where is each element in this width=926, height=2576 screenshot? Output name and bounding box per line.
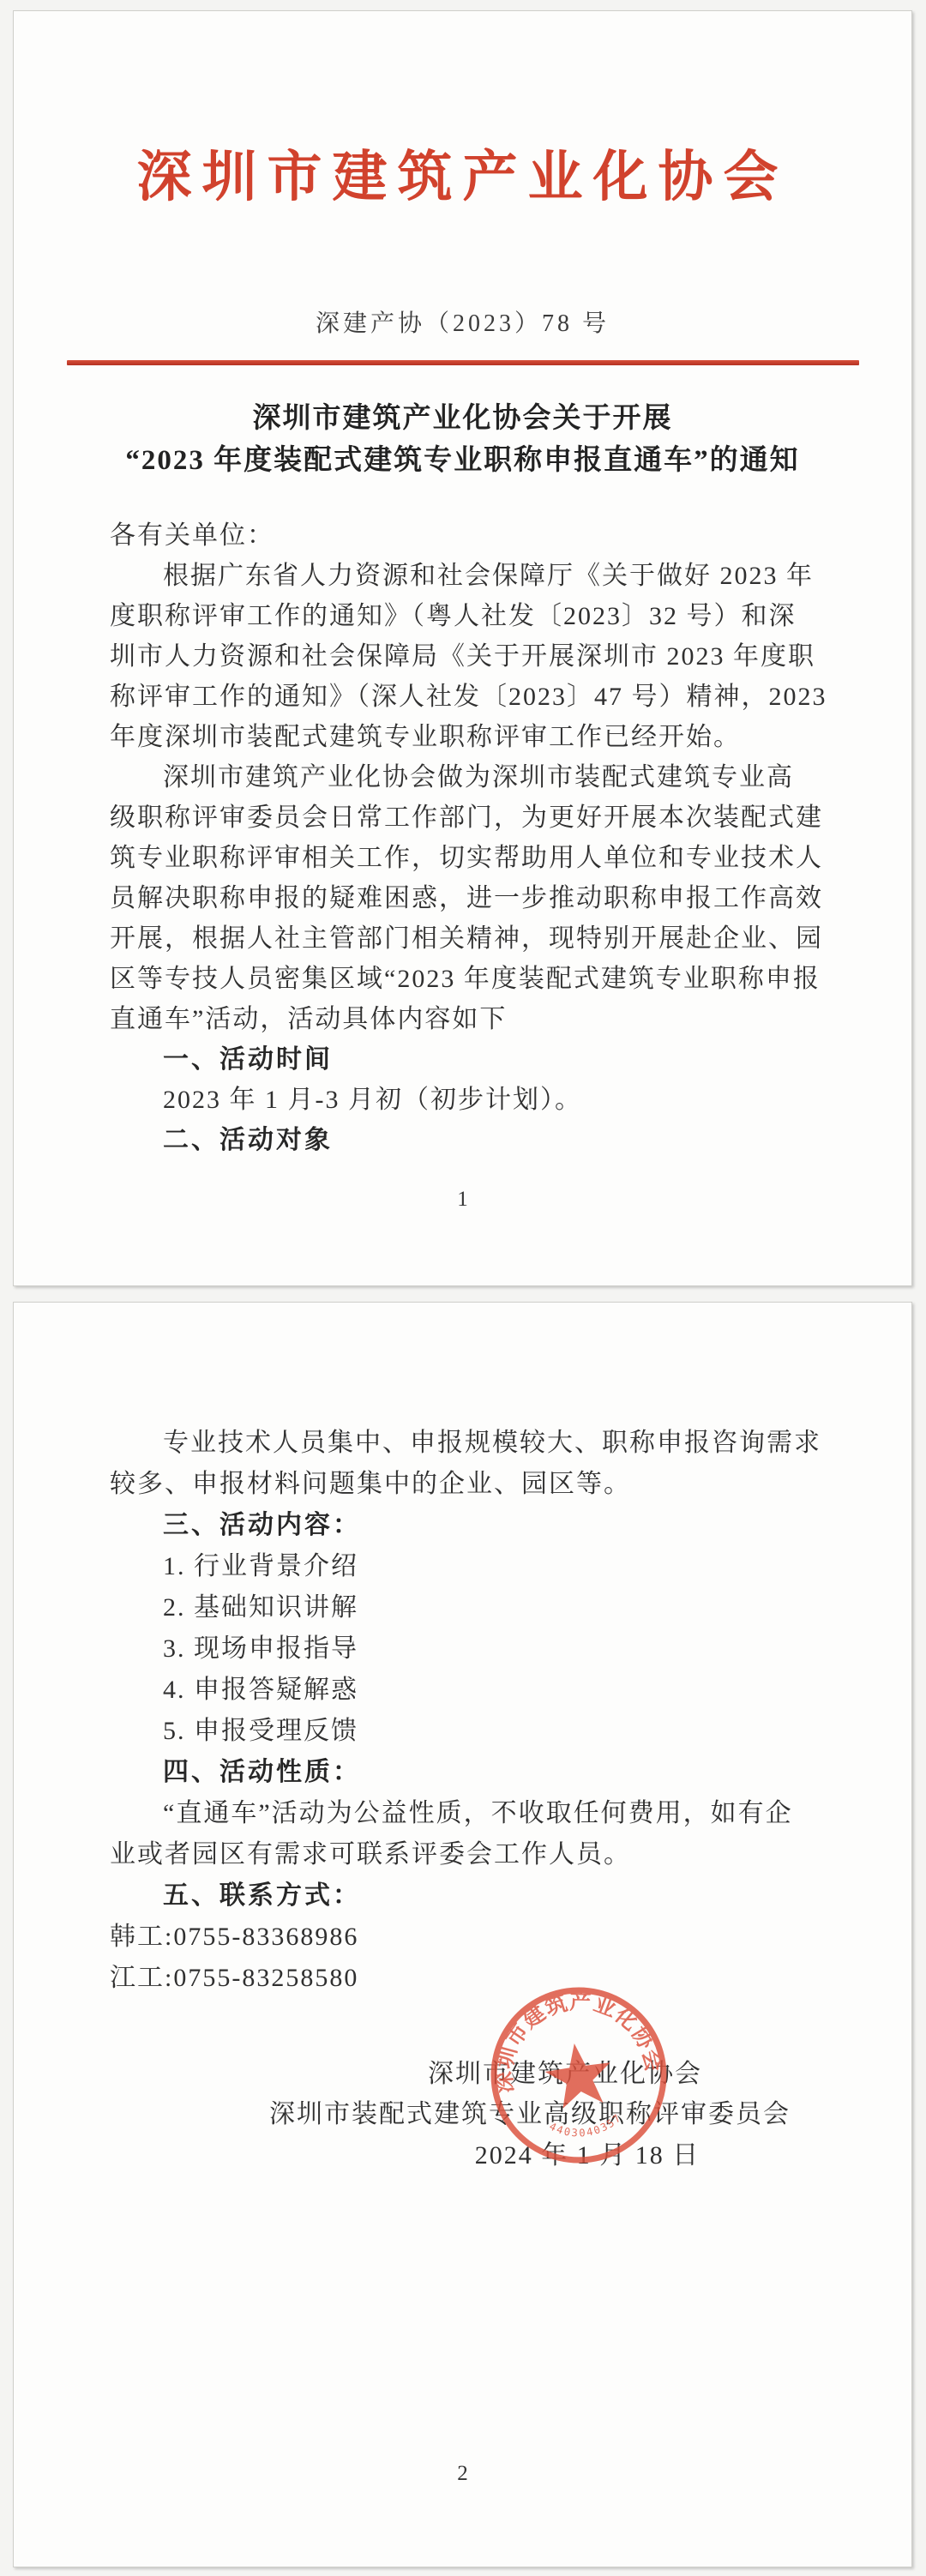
- text-line: 4. 申报答疑解惑: [110, 1670, 816, 1711]
- text-line: 二、活动对象: [110, 1120, 816, 1160]
- text-line: 称评审工作的通知》（深人社发〔2023〕47 号）精神，2023: [110, 677, 816, 717]
- text-line: 2. 基础知识讲解: [110, 1587, 816, 1628]
- letterhead-org-title: 深圳市建筑产业化协会: [14, 133, 911, 212]
- text-line: 一、活动时间: [110, 1039, 816, 1080]
- text-line: 韩工:0755-83368986: [110, 1917, 816, 1958]
- text-line: 五、联系方式：: [110, 1875, 816, 1917]
- document-page-2: 专业技术人员集中、申报规模较大、职称申报咨询需求较多、申报材料问题集中的企业、园…: [13, 1302, 912, 2567]
- text-line: 区等专技人员密集区域“2023 年度装配式建筑专业职称申报: [110, 959, 816, 999]
- text-line: 三、活动内容：: [110, 1505, 816, 1546]
- page-number: 2: [14, 2462, 911, 2486]
- text-line: 专业技术人员集中、申报规模较大、职称申报咨询需求: [110, 1423, 816, 1464]
- text-line: 2023 年 1 月-3 月初（初步计划）。: [110, 1080, 816, 1120]
- text-line: 较多、申报材料问题集中的企业、园区等。: [110, 1464, 816, 1505]
- text-line: 直通车”活动，活动具体内容如下: [110, 999, 816, 1039]
- text-line: “直通车”活动为公益性质，不收取任何费用，如有企: [110, 1793, 816, 1834]
- text-line: 江工:0755-83258580: [110, 1958, 816, 1999]
- text-line: 筑专业职称评审相关工作，切实帮助用人单位和专业技术人: [110, 838, 816, 878]
- body-text-page-1: 各有关单位：根据广东省人力资源和社会保障厅《关于做好 2023 年度职称评审工作…: [110, 515, 816, 1160]
- text-line: 1. 行业背景介绍: [110, 1546, 816, 1587]
- text-line: 圳市人力资源和社会保障局《关于开展深圳市 2023 年度职: [110, 636, 816, 677]
- body-text-page-2: 专业技术人员集中、申报规模较大、职称申报咨询需求较多、申报材料问题集中的企业、园…: [110, 1423, 816, 1999]
- seal-star-icon: [542, 2039, 616, 2110]
- text-line: 深圳市建筑产业化协会做为深圳市装配式建筑专业高: [110, 757, 816, 797]
- text-line: 5. 申报受理反馈: [110, 1711, 816, 1752]
- document-number: 深建产协（2023）78 号: [14, 304, 911, 339]
- text-line: 根据广东省人力资源和社会保障厅《关于做好 2023 年: [110, 556, 816, 596]
- letterhead-divider: [67, 360, 859, 365]
- text-line: 业或者园区有需求可联系评委会工作人员。: [110, 1834, 816, 1875]
- seal-registration-number: 4403040357: [546, 2110, 626, 2144]
- text-line: 各有关单位：: [110, 515, 816, 556]
- text-line: 年度深圳市装配式建筑专业职称评审工作已经开始。: [110, 717, 816, 757]
- text-line: 四、活动性质：: [110, 1752, 816, 1793]
- text-line: 级职称评审委员会日常工作部门，为更好开展本次装配式建: [110, 797, 816, 838]
- text-line: 3. 现场申报指导: [110, 1628, 816, 1670]
- page-number: 1: [14, 1188, 911, 1212]
- text-line: 度职称评审工作的通知》（粤人社发〔2023〕32 号）和深: [110, 596, 816, 636]
- document-page-1: 深圳市建筑产业化协会 深建产协（2023）78 号 深圳市建筑产业化协会关于开展…: [13, 10, 912, 1286]
- text-line: 员解决职称申报的疑难困惑，进一步推动职称申报工作高效: [110, 878, 816, 918]
- text-line: 开展，根据人社主管部门相关精神，现特别开展赴企业、园: [110, 918, 816, 959]
- notice-title-line-1: 深圳市建筑产业化协会关于开展: [14, 395, 911, 436]
- official-red-seal: 深圳市建筑产业化协会 4403040357: [476, 1972, 681, 2177]
- notice-title-line-2: “2023 年度装配式建筑专业职称申报直通车”的通知: [14, 437, 911, 478]
- scanned-document-viewer: { "colors": { "org_title_red": "#d1422d"…: [0, 0, 926, 2576]
